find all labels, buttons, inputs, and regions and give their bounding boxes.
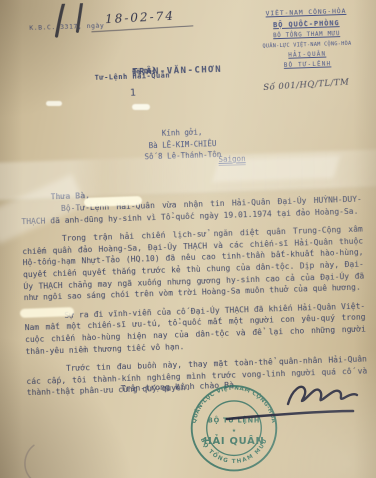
seal-inner-bottom-text: HẢI QUÂN bbox=[204, 433, 265, 447]
letterhead-line: HẢI-QUÂN bbox=[246, 50, 368, 60]
date-underline bbox=[91, 25, 193, 32]
commander-name-line: Đề-Đốc TRẦN-VĂN-CHƠN bbox=[35, 65, 230, 71]
recipient-city: Saigon bbox=[218, 154, 245, 166]
photo-frame: K.B.C. 3317, ngày 18-02-74 VIỆT-NAM CỘNG… bbox=[0, 0, 376, 478]
body-paragraph: Sự ra đi vĩnh-viễn của cố Đại-Úy THẠCH đ… bbox=[24, 300, 366, 357]
letterhead-line: BỘ TỔNG THAM MƯU bbox=[246, 30, 368, 40]
letter-opening: Thưa Bà, bbox=[50, 190, 90, 201]
letterhead-left: Đề-Đốc TRẦN-VĂN-CHƠN Tư-Lệnh Hải-Quân 1 bbox=[35, 65, 231, 102]
body-paragraph: Trong trận hải chiến lịch-sử ngăn diệt q… bbox=[22, 224, 365, 304]
letter-body: Bộ-Tư-Lệnh Hải-Quân vừa nhận tin Hải-Quâ… bbox=[21, 194, 368, 407]
letterhead-line: BỘ QUỐC-PHÒNG bbox=[245, 18, 367, 30]
letterhead-line: BỘ TƯ-LỆNH bbox=[247, 60, 369, 70]
letterhead-line: VIỆT-NAM CỘNG-HÒA bbox=[245, 6, 367, 18]
signature-scribble bbox=[212, 376, 364, 426]
letterhead-right: VIỆT-NAM CỘNG-HÒA BỘ QUỐC-PHÒNG BỘ TỔNG … bbox=[245, 6, 369, 74]
handwritten-date: 18-02-74 bbox=[105, 9, 176, 26]
star-icon: ★ bbox=[232, 426, 236, 434]
page-mark: 1 bbox=[35, 85, 230, 102]
faint-pen-mark bbox=[16, 442, 57, 478]
letterhead-line: QUÂN-LỰC VIỆT-NAM CỘNG-HÒA bbox=[246, 40, 368, 50]
reference-number: Số 001/HQ/TL/TM bbox=[263, 77, 350, 93]
